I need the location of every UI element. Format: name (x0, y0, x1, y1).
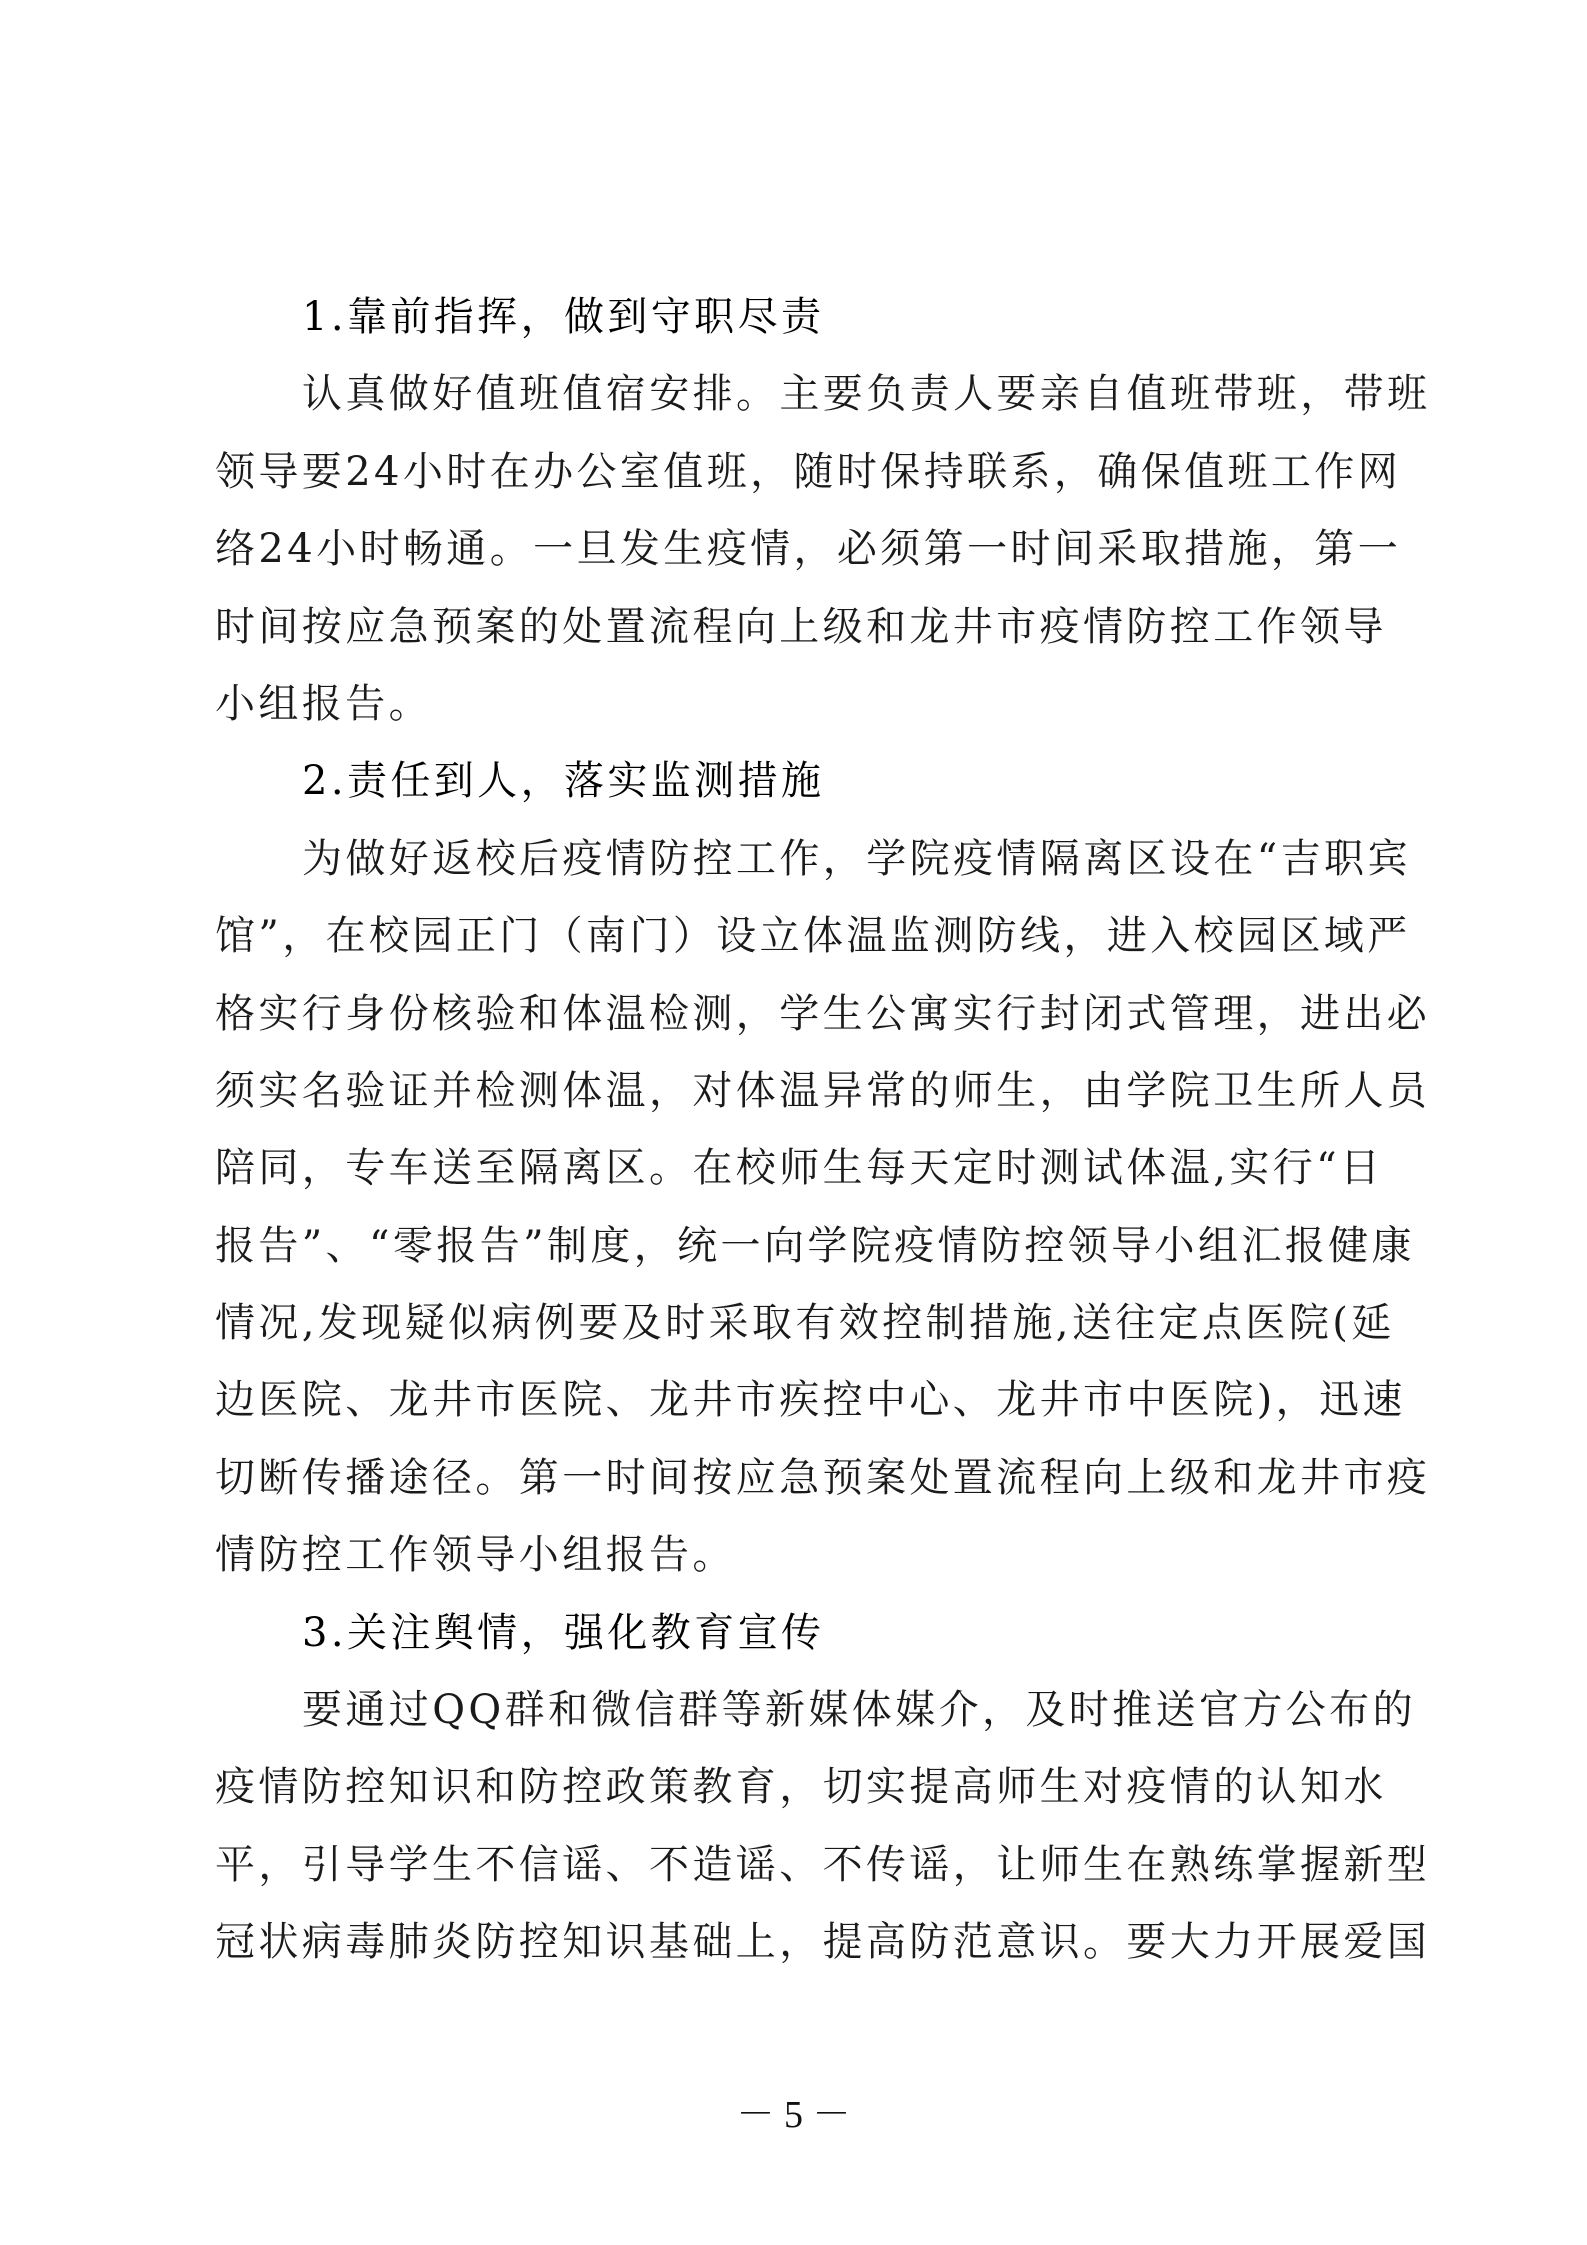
paragraph-line: 切断传播途径。第一时间按应急预案处置流程向上级和龙井市疫 (215, 1440, 1390, 1517)
paragraph-line: 时间按应急预案的处置流程向上级和龙井市疫情防控工作领导 (215, 589, 1390, 666)
paragraph-line: 络24小时畅通。一旦发生疫情，必须第一时间采取措施，第一 (215, 511, 1390, 588)
paragraph-line: 领导要24小时在办公室值班，随时保持联系，确保值班工作网 (215, 434, 1390, 511)
paragraph-line: 须实名验证并检测体温，对体温异常的师生，由学院卫生所人员 (215, 1053, 1390, 1130)
page-number: － 5 － (0, 2083, 1587, 2138)
section-heading-3: 3.关注舆情，强化教育宣传 (215, 1595, 1390, 1672)
paragraph-line: 情况,发现疑似病例要及时采取有效控制措施,送往定点医院(延 (215, 1285, 1390, 1362)
paragraph-line: 要通过QQ群和微信群等新媒体媒介，及时推送官方公布的 (215, 1672, 1390, 1749)
paragraph-line: 格实行身份核验和体温检测，学生公寓实行封闭式管理，进出必 (215, 976, 1390, 1053)
paragraph-line: 疫情防控知识和防控政策教育，切实提高师生对疫情的认知水 (215, 1749, 1390, 1826)
document-page: 1.靠前指挥，做到守职尽责 认真做好值班值宿安排。主要负责人要亲自值班带班，带班… (0, 0, 1587, 2245)
paragraph-line: 为做好返校后疫情防控工作，学院疫情隔离区设在“吉职宾 (215, 821, 1390, 898)
section-heading-2: 2.责任到人，落实监测措施 (215, 743, 1390, 820)
document-body: 1.靠前指挥，做到守职尽责 认真做好值班值宿安排。主要负责人要亲自值班带班，带班… (215, 279, 1390, 1982)
paragraph-line: 报告”、“零报告”制度，统一向学院疫情防控领导小组汇报健康 (215, 1208, 1390, 1285)
section-heading-1: 1.靠前指挥，做到守职尽责 (215, 279, 1390, 356)
paragraph-line: 小组报告。 (215, 666, 1390, 743)
paragraph-line: 陪同，专车送至隔离区。在校师生每天定时测试体温,实行“日 (215, 1130, 1390, 1207)
paragraph-line: 认真做好值班值宿安排。主要负责人要亲自值班带班，带班 (215, 356, 1390, 433)
paragraph-line: 平，引导学生不信谣、不造谣、不传谣，让师生在熟练掌握新型 (215, 1827, 1390, 1904)
paragraph-line: 边医院、龙井市医院、龙井市疾控中心、龙井市中医院)，迅速 (215, 1362, 1390, 1439)
paragraph-line: 情防控工作领导小组报告。 (215, 1517, 1390, 1594)
paragraph-line: 冠状病毒肺炎防控知识基础上，提高防范意识。要大力开展爱国 (215, 1904, 1390, 1981)
paragraph-line: 馆”，在校园正门（南门）设立体温监测防线，进入校园区域严 (215, 898, 1390, 975)
